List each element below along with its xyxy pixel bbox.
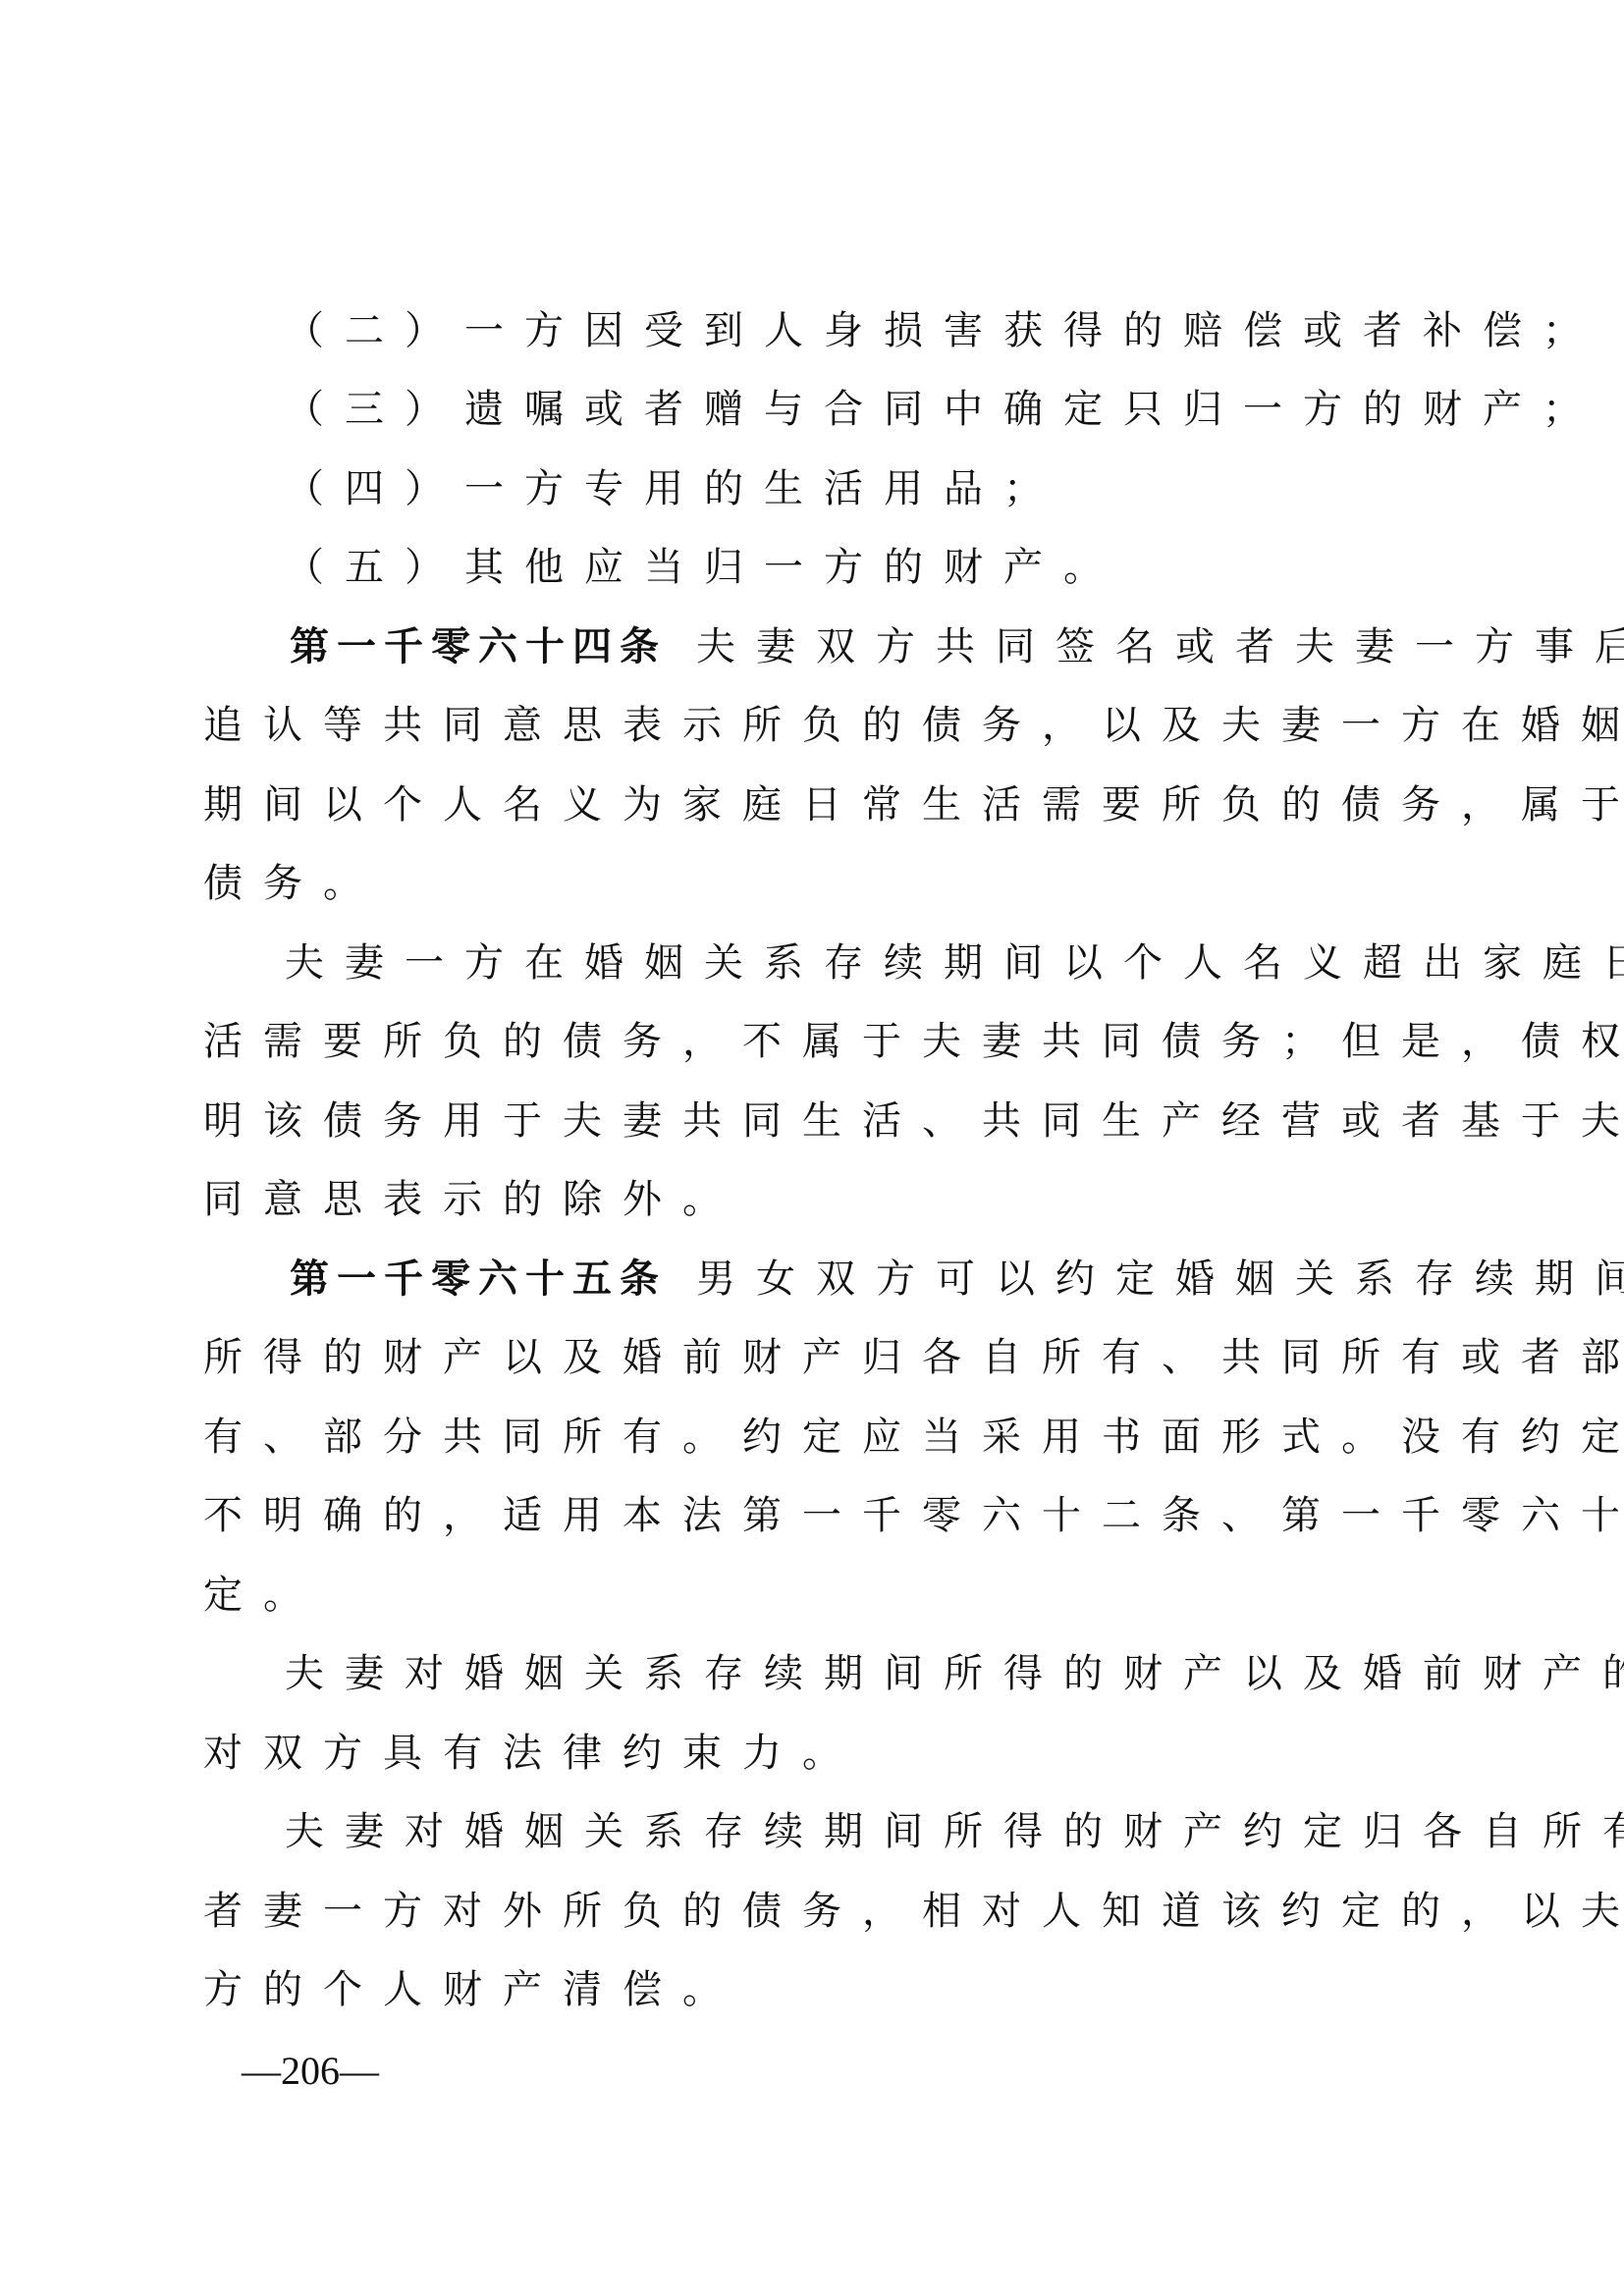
- article-1064-line: 债务。: [203, 844, 1421, 923]
- article-1064-line: 追认等共同意思表示所负的债务，以及夫妻一方在婚姻关系存续: [203, 686, 1421, 765]
- article-1064-text: 夫妻双方共同签名或者夫妻一方事后: [696, 624, 1624, 669]
- article-1065-text: 男女双方可以约定婚姻关系存续期间: [696, 1256, 1624, 1302]
- article-1064-para2-line: 活需要所负的债务，不属于夫妻共同债务；但是，债权人能够证: [203, 1002, 1421, 1081]
- article-1064-para2-line: 明该债务用于夫妻共同生活、共同生产经营或者基于夫妻双方共: [203, 1082, 1421, 1160]
- page-number: —206—: [242, 2047, 379, 2096]
- article-1065-line: 不明确的，适用本法第一千零六十二条、第一千零六十三条的规: [203, 1476, 1421, 1555]
- article-1065-first-line: 第一千零六十五条男女双方可以约定婚姻关系存续期间: [290, 1240, 1507, 1318]
- article-1065-heading: 第一千零六十五条: [290, 1256, 667, 1302]
- article-1064-para2-line: 同意思表示的除外。: [203, 1160, 1421, 1239]
- article-1065-para3-line: 方的个人财产清偿。: [203, 1950, 1421, 2029]
- article-1065-para2-line: 夫妻对婚姻关系存续期间所得的财产以及婚前财产的约定，: [285, 1634, 1502, 1713]
- article-1064-line: 期间以个人名义为家庭日常生活需要所负的债务，属于夫妻共同: [203, 766, 1421, 844]
- article-1065-line: 定。: [203, 1556, 1421, 1634]
- article-1065-para3-line: 夫妻对婚姻关系存续期间所得的财产约定归各自所有，夫或: [285, 1792, 1502, 1871]
- article-1065-para2-line: 对双方具有法律约束力。: [203, 1714, 1421, 1792]
- article-1064-para2-line: 夫妻一方在婚姻关系存续期间以个人名义超出家庭日常生: [285, 924, 1502, 1002]
- article-1065-para3-line: 者妻一方对外所负的债务，相对人知道该约定的，以夫或者妻一: [203, 1872, 1421, 1950]
- list-item-5: （五）其他应当归一方的财产。: [285, 528, 1502, 607]
- article-1064-heading: 第一千零六十四条: [290, 624, 667, 669]
- list-item-2: （二）一方因受到人身损害获得的赔偿或者补偿；: [285, 292, 1502, 370]
- document-page: （二）一方因受到人身损害获得的赔偿或者补偿； （三）遗嘱或者赠与合同中确定只归一…: [0, 0, 1624, 2296]
- list-item-4: （四）一方专用的生活用品；: [285, 450, 1502, 528]
- list-item-3: （三）遗嘱或者赠与合同中确定只归一方的财产；: [285, 370, 1502, 449]
- article-1065-line: 所得的财产以及婚前财产归各自所有、共同所有或者部分各自所: [203, 1318, 1421, 1397]
- article-1065-line: 有、部分共同所有。约定应当采用书面形式。没有约定或者约定: [203, 1398, 1421, 1476]
- article-1064-first-line: 第一千零六十四条夫妻双方共同签名或者夫妻一方事后: [290, 608, 1507, 686]
